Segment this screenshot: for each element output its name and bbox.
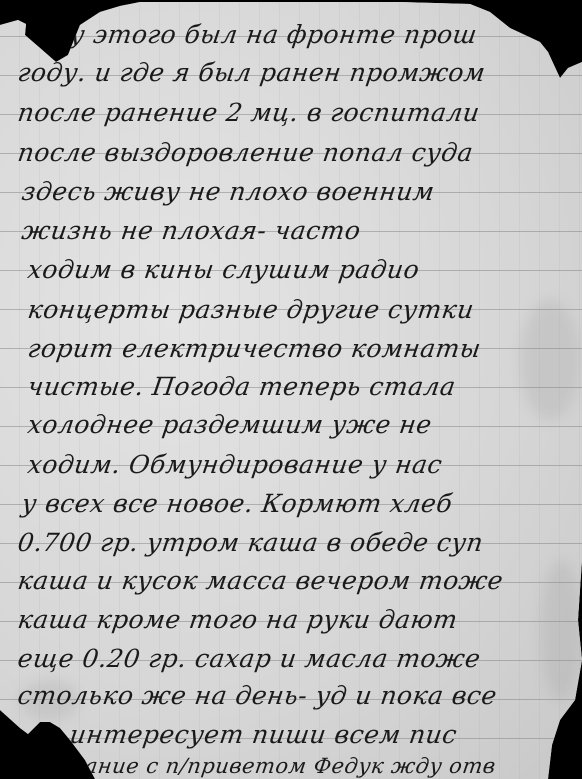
handwritten-line: после ранение 2 мц. в госпитали — [16, 98, 482, 127]
handwritten-line: горит електричество комнаты — [26, 334, 483, 363]
handwritten-line: жизнь не плохая- часто — [20, 216, 363, 245]
paper-stain — [520, 300, 580, 420]
handwritten-line: каша и кусок масса вечером тоже — [16, 566, 505, 595]
letter-page: у этого был на фронте прош году. и где я… — [0, 0, 582, 779]
handwritten-line: 0.700 гр. утром каша в обеде суп — [16, 528, 485, 557]
handwritten-line: у всех все новое. Кормют хлеб — [20, 489, 454, 518]
handwritten-line: каша кроме того на руки дают — [16, 605, 460, 634]
handwritten-line: году. и где я был ранен промжом — [16, 58, 487, 87]
handwritten-line: у этого был на фронте прош — [68, 20, 479, 49]
handwritten-line: ходим в кины слушим радио — [26, 255, 421, 284]
handwritten-line: чистые. Погода теперь стала — [26, 372, 458, 401]
handwritten-line: ание с п/приветом Федук жду отв — [83, 754, 497, 778]
handwritten-line: здесь живу не плохо военним — [20, 177, 436, 206]
handwritten-line: еще 0.20 гр. сахар и масла тоже — [16, 644, 483, 673]
paper-stain — [540, 560, 582, 700]
handwritten-line: столько же на день- уд и пока все — [16, 681, 499, 710]
handwritten-line: холоднее раздемшим уже не — [26, 410, 434, 439]
handwritten-line: концерты разные другие сутки — [26, 295, 476, 324]
handwritten-line: ходим. Обмундирование у нас — [26, 450, 444, 479]
handwritten-line: после выздоровление попал суда — [16, 138, 475, 167]
handwritten-line: интересует пиши всем пис — [68, 720, 459, 749]
